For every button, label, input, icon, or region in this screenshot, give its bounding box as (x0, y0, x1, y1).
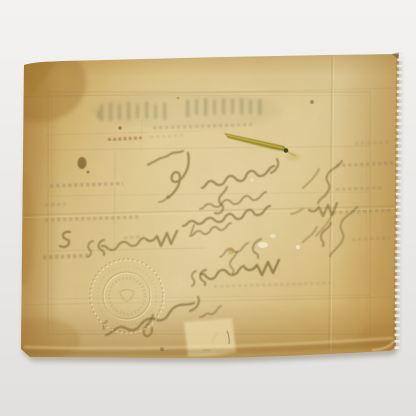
ghost-glyph (118, 104, 121, 120)
ghost-text-row (124, 237, 141, 239)
paper-sheet (0, 42, 411, 364)
ghost-glyph (100, 105, 103, 121)
ghost-glyph (258, 99, 262, 115)
ghost-glyph (240, 98, 243, 115)
dark-speck (118, 126, 121, 129)
streak-blot (284, 148, 289, 153)
ghost-glyph (249, 100, 252, 114)
ghost-glyph (186, 100, 189, 117)
pale-fleck (296, 245, 300, 249)
photo-canvas: Photograph of the back of an aged, yello… (0, 0, 416, 416)
foxing-blotch (78, 157, 87, 169)
ghost-glyph (154, 104, 157, 119)
ghost-glyph (195, 99, 198, 115)
ghost-glyph (222, 98, 225, 115)
ghost-glyph (163, 103, 166, 120)
orange-stain (228, 248, 235, 255)
pale-fleck (258, 242, 268, 248)
ghost-glyph (213, 100, 216, 115)
ghost-glyph (145, 102, 148, 119)
dark-speck (177, 97, 180, 100)
ghost-glyph (231, 99, 234, 114)
document-photo: Photograph of the back of an aged, yello… (0, 0, 416, 416)
ghost-glyph (109, 103, 112, 121)
pale-fleck (250, 178, 254, 182)
dark-speck (310, 100, 314, 104)
ghost-glyph (127, 102, 130, 120)
dark-speck (87, 171, 90, 174)
ghost-glyph (204, 98, 207, 116)
pale-fleck (270, 234, 276, 238)
ghost-glyph (136, 104, 139, 119)
